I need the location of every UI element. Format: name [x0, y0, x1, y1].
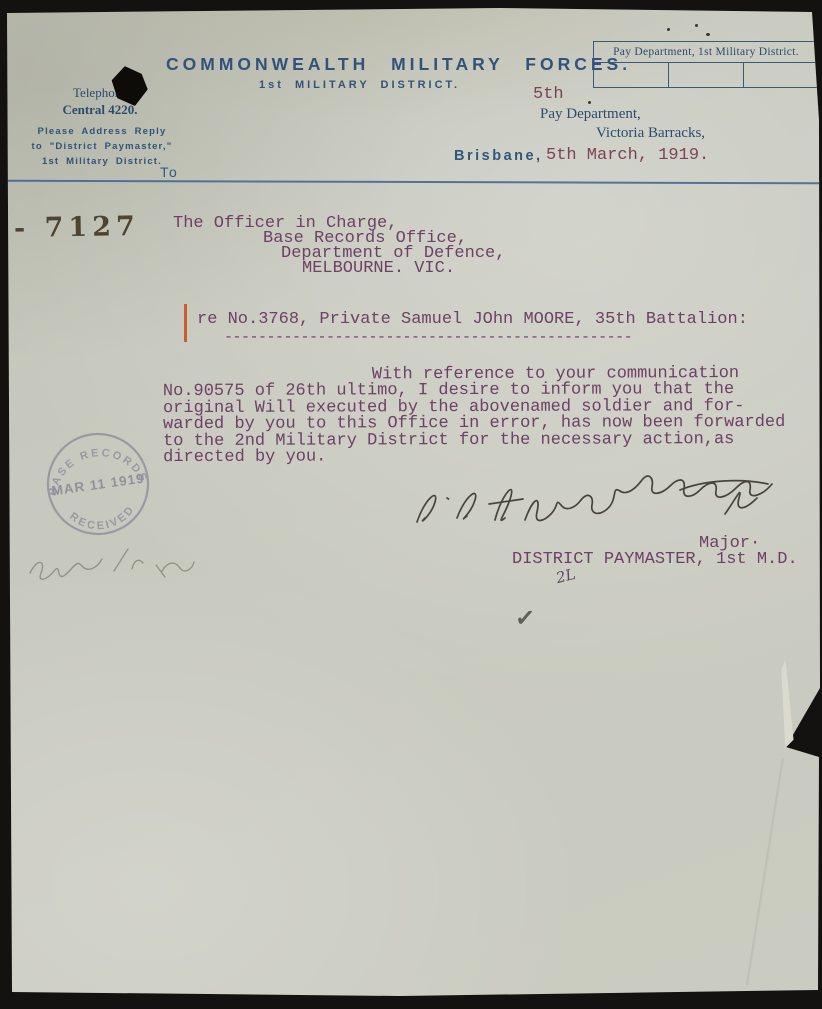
letter-paper: COMMONWEALTH MILITARY FORCES. 1st MILITA… — [0, 0, 822, 1009]
pencil-checkmark: ✓ — [514, 603, 536, 633]
dateline-date: 5th March, 1919. — [546, 146, 709, 165]
red-margin-tick — [184, 304, 187, 342]
pay-department-box-header: Pay Department, 1st Military District. — [594, 42, 818, 63]
reply-note-line2: to "District Paymaster," — [12, 139, 192, 154]
reply-address-note: Please Address Reply to "District Paymas… — [12, 124, 192, 169]
letterhead-title: COMMONWEALTH MILITARY FORCES. — [166, 54, 631, 75]
dust-speck — [667, 28, 670, 31]
clerk-initials: 2L — [554, 565, 577, 587]
dateline-department: Pay Department, — [540, 106, 641, 123]
recipient-line: MELBOURNE. VIC. — [302, 261, 455, 277]
reference-number-stamp: - 7127 — [14, 211, 140, 244]
scanned-letter-page: COMMONWEALTH MILITARY FORCES. 1st MILITA… — [0, 0, 822, 1009]
pay-department-box-cells — [594, 63, 818, 87]
base-records-received-stamp: BASE RECORDS MAR 11 1919 RECEIVED — [32, 418, 163, 549]
pencil-note-handwriting — [22, 535, 212, 585]
body-line: directed by you. — [163, 448, 785, 467]
dust-speck — [588, 101, 591, 104]
letterhead-rule — [0, 180, 822, 185]
paper-crease — [746, 758, 785, 986]
dust-speck — [706, 33, 710, 36]
svg-text:RECEIVED: RECEIVED — [66, 502, 140, 537]
telephone-line2: Central 4220. — [45, 101, 155, 118]
signature-handwriting — [395, 468, 795, 540]
subject-line: re No.3768, Private Samuel JOhn MOORE, 3… — [197, 312, 748, 328]
letterhead-subtitle: 1st MILITARY DISTRICT. — [259, 79, 460, 91]
reply-note-line1: Please Address Reply — [12, 124, 192, 139]
pay-department-box: Pay Department, 1st Military District. — [593, 41, 819, 88]
body-paragraph: With reference to your communication No.… — [163, 366, 786, 467]
dateline-location: Victoria Barracks, — [596, 125, 705, 142]
to-label: To — [160, 164, 179, 180]
dateline-city: Brisbane, — [454, 148, 543, 164]
dust-speck — [695, 24, 698, 27]
dateline-number: 5th — [533, 85, 564, 104]
subject-underline: ----------------------------------------… — [224, 330, 632, 346]
signature-title: DISTRICT PAYMASTER, 1st M.D. — [512, 552, 798, 568]
stamp-arc-bottom: RECEIVED — [66, 502, 140, 537]
